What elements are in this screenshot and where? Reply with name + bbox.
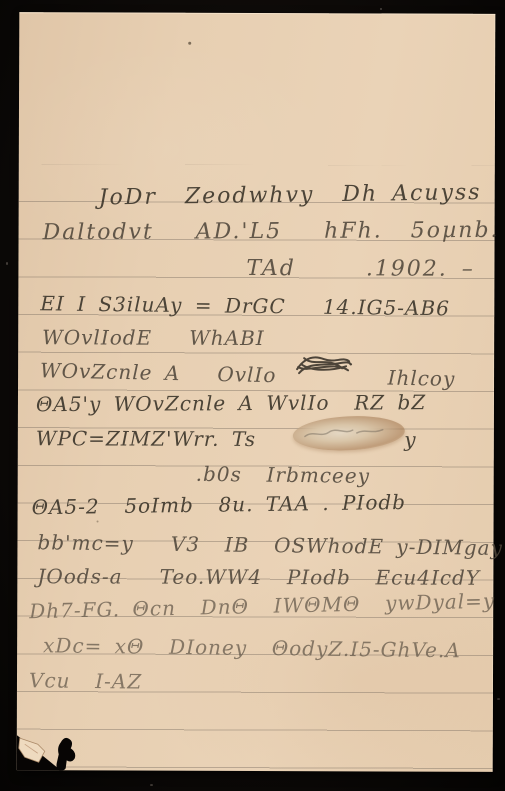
dust-speck bbox=[380, 8, 382, 10]
tear-hole bbox=[56, 738, 75, 771]
handwriting-line: EI I S3iluAy = DrGC 14.IG5-AB6 bbox=[40, 290, 450, 321]
handwriting-line: Daltodvt AD.'L5 hFh. 5oµnb. 8.nC bbox=[42, 217, 505, 246]
handwriting-line: ΘA5-2 5oImb 8u. TAA . PIodb bbox=[31, 489, 406, 520]
handwriting-line: Vcu I-AZ bbox=[29, 667, 143, 694]
paper-speck bbox=[97, 520, 99, 522]
handwriting-line: JOods-a Teo.WW4 PIodb Ecu4IcdY bbox=[37, 563, 480, 591]
dust-speck bbox=[150, 784, 153, 786]
paper-speck bbox=[188, 42, 191, 45]
manuscript-paper: JoDr Zeodwhvy Dh Acuyss Daltodvt AD.'L5 … bbox=[17, 12, 496, 772]
handwriting-line: xDc= xΘ DIoney ΘodyZ.I5-GhVe.A bbox=[43, 632, 461, 663]
scribble-blot bbox=[294, 351, 354, 378]
handwriting-line: WOvlIodE WhABI bbox=[42, 324, 265, 351]
handwriting-line: .b0s Irbmceey bbox=[196, 461, 371, 489]
handwriting-line: JoDr Zeodwhvy Dh Acuyss bbox=[98, 180, 481, 211]
dust-speck bbox=[6, 262, 8, 265]
dust-speck bbox=[497, 698, 500, 700]
handwriting-line-date: TAd .1902. – bbox=[246, 256, 474, 283]
photo-background: JoDr Zeodwhvy Dh Acuyss Daltodvt AD.'L5 … bbox=[0, 0, 505, 791]
handwriting-line: ΘA5'y WOvZcnle A WvlIo RZ bZ bbox=[36, 389, 426, 417]
torn-corner bbox=[17, 722, 97, 770]
